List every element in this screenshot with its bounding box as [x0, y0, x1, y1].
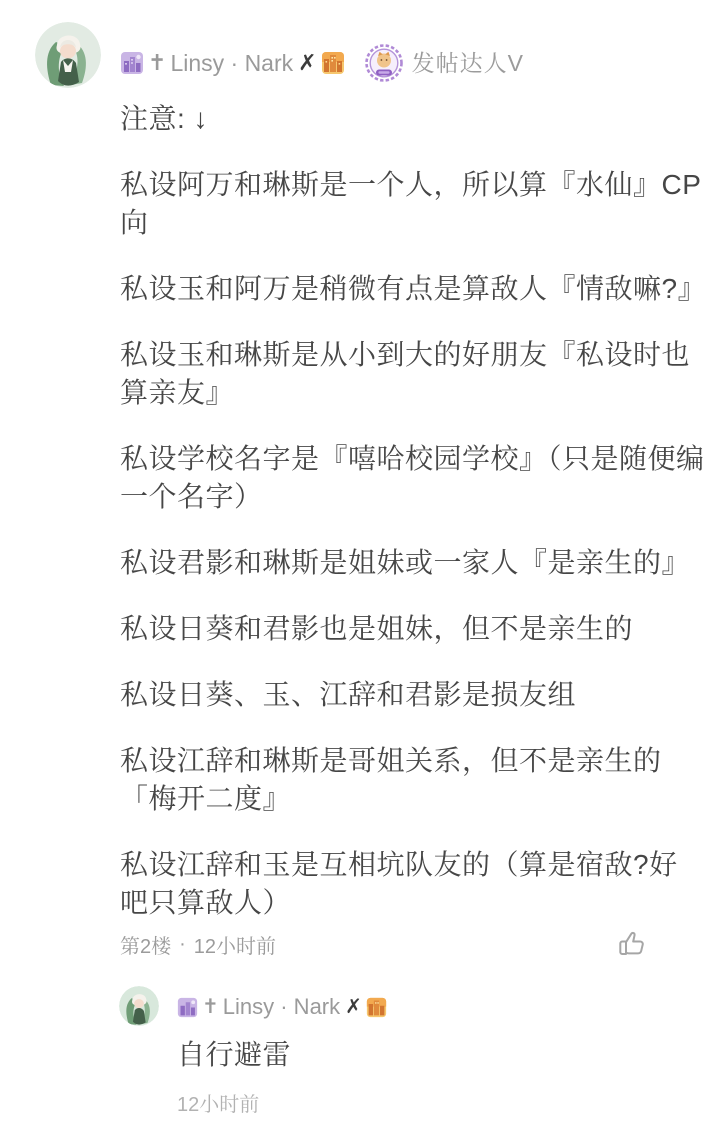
badge-label: 发帖达人V: [412, 48, 524, 78]
post-paragraph: 私设君影和琳斯是姐妹或一家人『是亲生的』: [120, 544, 706, 582]
post-author-avatar[interactable]: [35, 22, 101, 88]
comment-text: 自行避雷: [177, 1036, 387, 1074]
sub-comment[interactable]: ✝ Linsy · Nark ✗ 自行避雷 12小时前: [119, 986, 387, 1117]
poster-expert-medal-icon: [363, 42, 405, 84]
thumbs-up-icon: [616, 928, 648, 960]
comment-timestamp: 12小时前: [177, 1088, 387, 1117]
cross-glyph: ✝: [202, 992, 219, 1022]
post-footer: 第2楼 · 12小时前: [120, 926, 648, 962]
purple-night-city-emoji: [120, 51, 144, 75]
post-paragraph: 私设日葵和君影也是姐妹，但不是亲生的: [120, 610, 706, 648]
author-name: Linsy · Nark: [170, 48, 293, 78]
comment-main: ✝ Linsy · Nark ✗ 自行避雷 12小时前: [177, 986, 387, 1117]
cross-glyph: ✝: [148, 48, 166, 78]
post-paragraph: 私设学校名字是『嘻哈校园学校』（只是随便编 一个名字）: [120, 440, 706, 516]
forum-post-page: ✝ Linsy · Nark ✗: [0, 0, 720, 1125]
x-mark-glyph: ✗: [298, 48, 316, 78]
post-paragraph: 私设日葵、玉、江辞和君影是损友组: [120, 676, 706, 714]
post-paragraph: 私设阿万和琳斯是一个人，所以算『水仙』CP 向: [120, 166, 706, 242]
dot-separator: ·: [179, 933, 186, 956]
author-name: Linsy · Nark: [223, 992, 340, 1022]
floor-info: 第2楼 · 12小时前: [120, 930, 276, 959]
sunset-city-emoji: [321, 51, 345, 75]
post-author-userline[interactable]: ✝ Linsy · Nark ✗: [120, 46, 524, 80]
post-timestamp: 12小时前: [194, 930, 276, 959]
floor-number: 第2楼: [120, 930, 171, 959]
avatar-image: [119, 986, 159, 1026]
x-mark-glyph: ✗: [345, 992, 362, 1022]
sunset-city-emoji: [366, 997, 387, 1018]
post-paragraph: 私设玉和琳斯是从小到大的好朋友『私设时也 算亲友』: [120, 336, 706, 412]
purple-night-city-emoji: [177, 997, 198, 1018]
post-paragraph: 私设江辞和琳斯是哥姐关系，但不是亲生的 「梅开二度』: [120, 742, 706, 818]
like-button[interactable]: [616, 928, 648, 960]
comment-author-userline[interactable]: ✝ Linsy · Nark ✗: [177, 994, 387, 1020]
comment-author-avatar[interactable]: [119, 986, 159, 1026]
avatar-image: [35, 22, 101, 88]
post-paragraph: 私设江辞和玉是互相坑队友的（算是宿敌?好 吧只算敌人）: [120, 846, 706, 922]
post-body: 注意: ↓ 私设阿万和琳斯是一个人，所以算『水仙』CP 向 私设玉和阿万是稍微有…: [120, 100, 706, 950]
post-paragraph: 私设玉和阿万是稍微有点是算敌人『情敌嘛?』: [120, 270, 706, 308]
poster-expert-badge: 发帖达人V: [363, 42, 524, 84]
post-notice: 注意: ↓: [120, 100, 706, 138]
